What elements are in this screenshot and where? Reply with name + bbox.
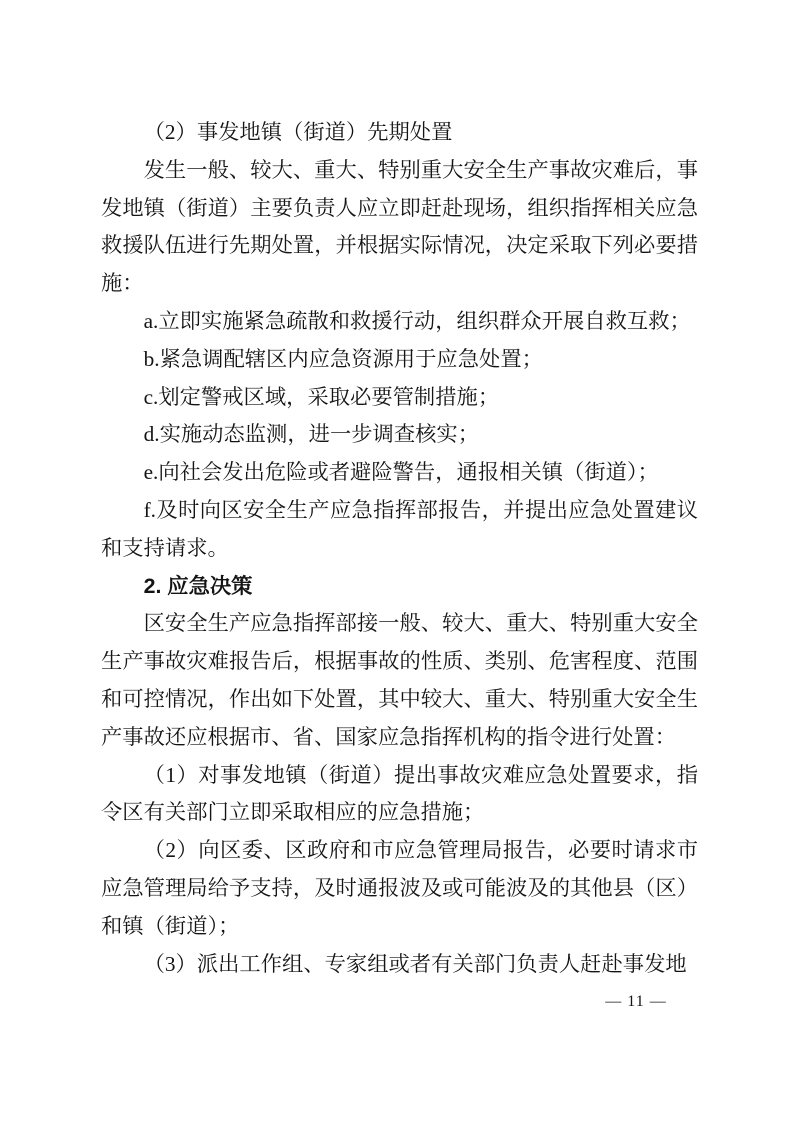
page-number: — 11 — xyxy=(596,991,676,1013)
document-body: （2）事发地镇（街道）先期处置 发生一般、较大、重大、特别重大安全生产事故灾难后… xyxy=(101,114,698,983)
heading-emergency-decision: 2. 应急决策 xyxy=(101,568,698,606)
list-item-b: b.紧急调配辖区内应急资源用于应急处置； xyxy=(101,341,698,379)
paragraph-item-2: （2）向区委、区政府和市应急管理局报告，必要时请求市应急管理局给予支持，及时通报… xyxy=(101,832,698,945)
paragraph-item-1: （1）对事发地镇（街道）提出事故灾难应急处置要求，指令区有关部门立即采取相应的应… xyxy=(101,757,698,833)
paragraph-initial-response: 发生一般、较大、重大、特别重大安全生产事故灾难后，事发地镇（街道）主要负责人应立… xyxy=(101,152,698,303)
list-item-d: d.实施动态监测，进一步调查核实； xyxy=(101,416,698,454)
paragraph-decision-basis: 区安全生产应急指挥部接一般、较大、重大、特别重大安全生产事故灾难报告后，根据事故… xyxy=(101,605,698,756)
list-item-e: e.向社会发出危险或者避险警告，通报相关镇（街道）； xyxy=(101,454,698,492)
list-item-f: f.及时向区安全生产应急指挥部报告，并提出应急处置建议和支持请求。 xyxy=(101,492,698,568)
list-item-a: a.立即实施紧急疏散和救援行动，组织群众开展自救互救； xyxy=(101,303,698,341)
subheading-initial-disposal: （2）事发地镇（街道）先期处置 xyxy=(101,114,698,152)
list-item-c: c.划定警戒区域，采取必要管制措施； xyxy=(101,379,698,417)
document-page: （2）事发地镇（街道）先期处置 发生一般、较大、重大、特别重大安全生产事故灾难后… xyxy=(0,0,794,1122)
paragraph-item-3: （3）派出工作组、专家组或者有关部门负责人赶赴事发地 xyxy=(101,946,698,984)
